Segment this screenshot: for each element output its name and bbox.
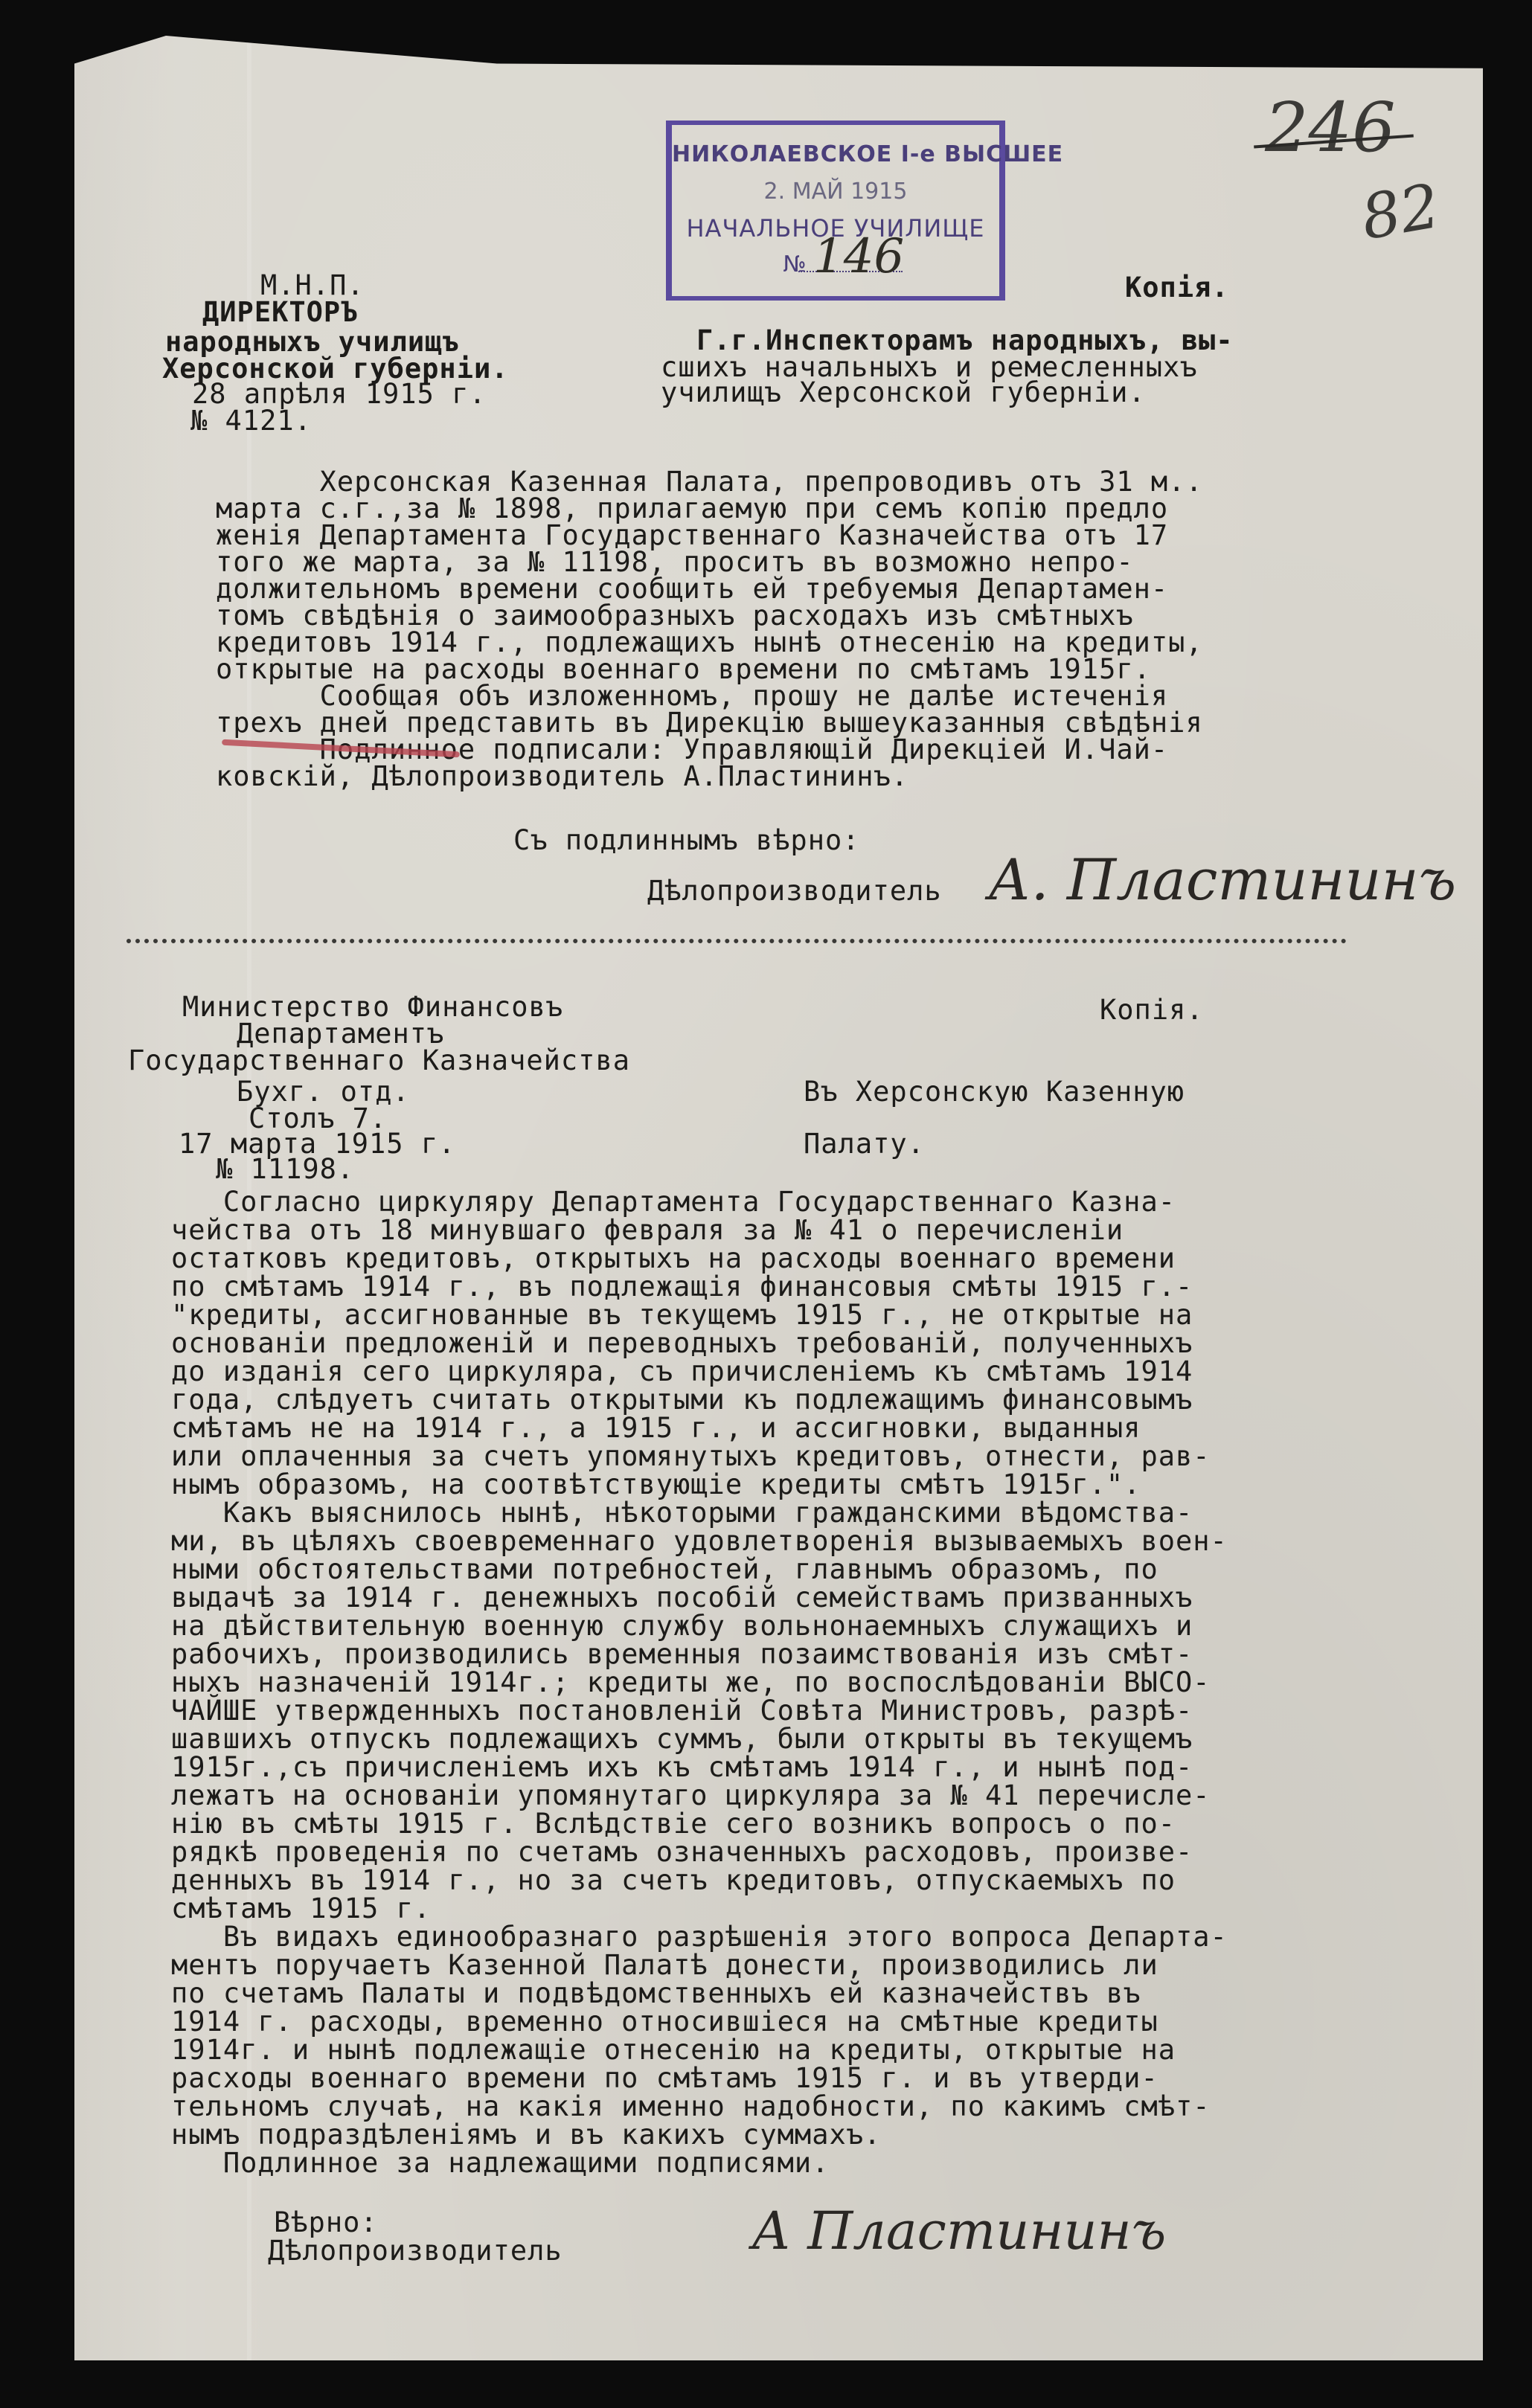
addressee-line: Палату. <box>804 1128 925 1160</box>
copy-label: Копія. <box>1125 272 1229 304</box>
archive-folio-number: 82 <box>1356 171 1445 254</box>
sender-title: ДИРЕКТОРЪ <box>202 296 358 329</box>
stamp-school-name: НИКОЛАЕВСКОЕ I-е ВЫСШЕЕ <box>672 141 999 167</box>
stamp-number-label: № <box>590 251 999 277</box>
school-stamp: НИКОЛАЕВСКОЕ I-е ВЫСШЕЕ 2. МАЙ 1915 НАЧА… <box>666 121 1005 301</box>
sender-number: № 4121. <box>190 405 312 437</box>
stamp-number-handwritten: 146 <box>813 229 904 284</box>
section-divider <box>126 939 1347 943</box>
sender-number: № 11198. <box>216 1153 354 1186</box>
body-line: ковскій, Дѣлопроизводитель А.Пластининъ. <box>216 760 908 793</box>
addressee-line: училищъ Херсонской губерніи. <box>661 376 1146 409</box>
signer-title: Дѣлопроизводитель <box>268 2235 563 2267</box>
signature: А Пластининъ <box>751 2200 1166 2261</box>
signer-title: Дѣлопроизводитель <box>647 875 942 908</box>
sender-org: Государственнаго Казначейства <box>128 1044 630 1077</box>
certification-text: Съ подлиннымъ вѣрно: <box>513 824 860 857</box>
stamp-date: 2. МАЙ 1915 <box>672 179 999 205</box>
addressee-line: Въ Херсонскую Казенную <box>804 1076 1185 1108</box>
body-line: Подлинное за надлежащими подписями. <box>171 2147 829 2180</box>
archive-struck-number: 246 <box>1265 88 1396 167</box>
copy-label: Копія. <box>1100 994 1204 1027</box>
signature: А. Пластининъ <box>988 847 1456 913</box>
